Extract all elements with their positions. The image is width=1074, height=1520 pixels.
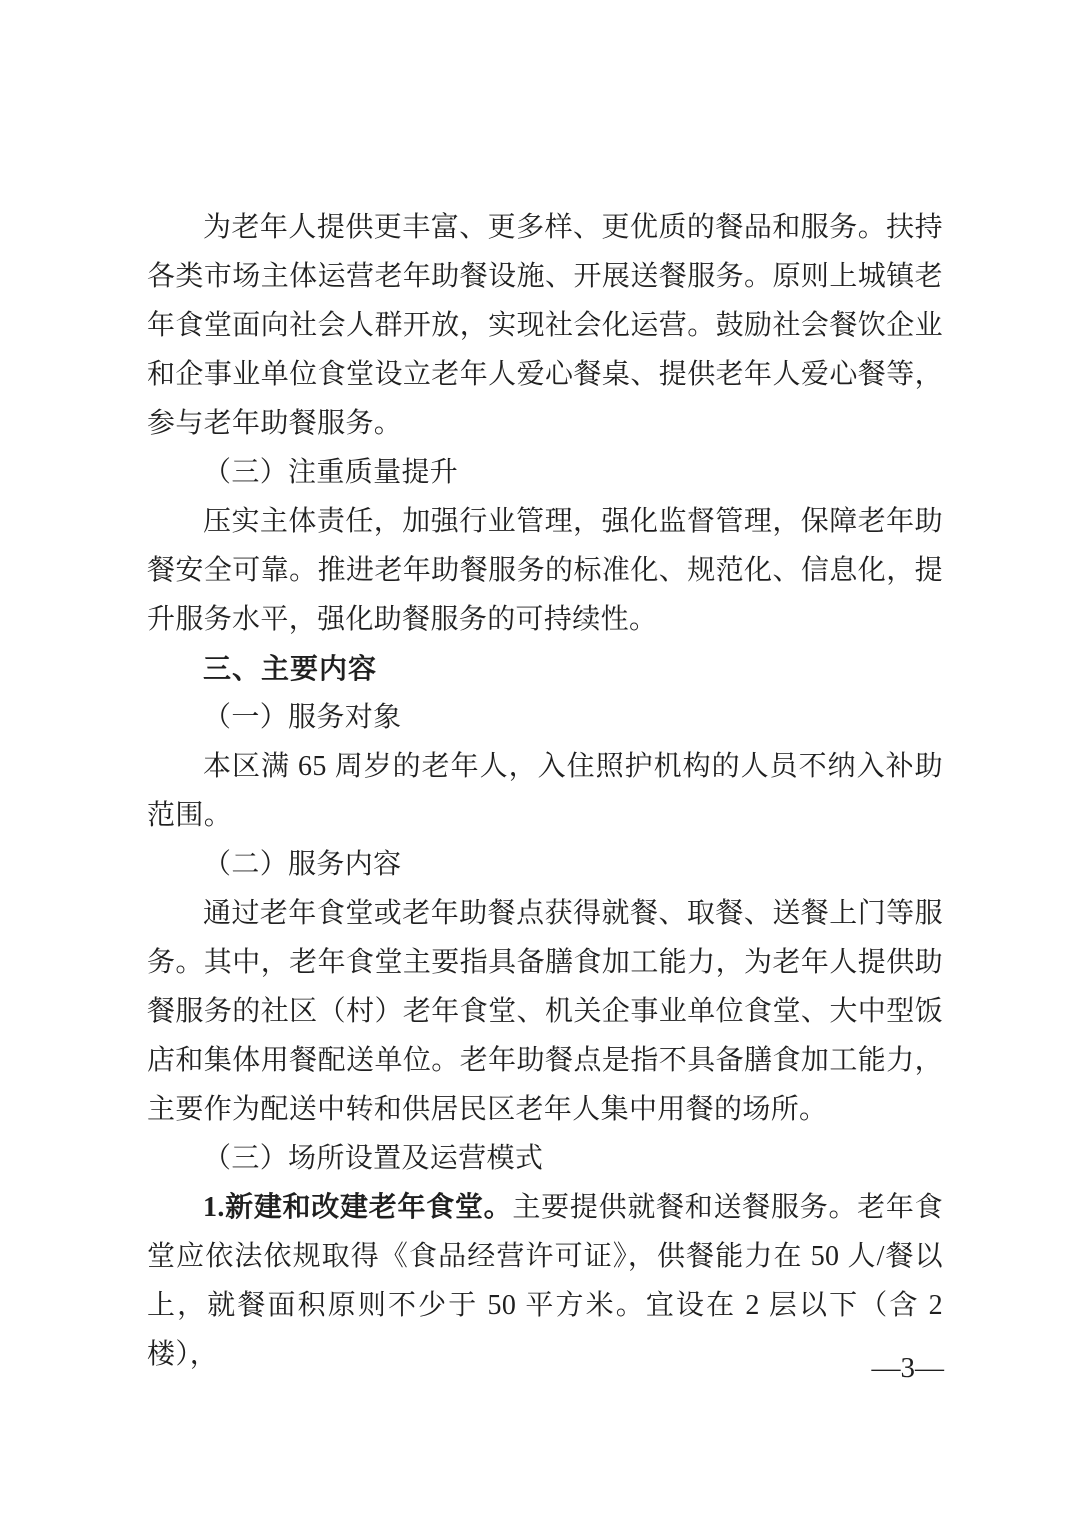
section-heading-main-content: 三、主要内容 [147, 644, 943, 693]
document-page: 为老年人提供更丰富、更多样、更优质的餐品和服务。扶持各类市场主体运营老年助餐设施… [0, 0, 1074, 1520]
document-body: 为老年人提供更丰富、更多样、更优质的餐品和服务。扶持各类市场主体运营老年助餐设施… [147, 203, 943, 1379]
page-number: —3— [872, 1348, 945, 1388]
subsection-heading-service-target: （一）服务对象 [147, 693, 943, 742]
item1-bold-lead: 1.新建和改建老年食堂。 [203, 1192, 512, 1223]
paragraph-service-target: 本区满 65 周岁的老年人，入住照护机构的人员不纳入补助范围。 [147, 742, 943, 840]
paragraph-service-content: 通过老年食堂或老年助餐点获得就餐、取餐、送餐上门等服务。其中，老年食堂主要指具备… [147, 889, 943, 1134]
paragraph-item1: 1.新建和改建老年食堂。主要提供就餐和送餐服务。老年食堂应依法依规取得《食品经营… [147, 1183, 943, 1379]
subsection-heading-quality: （三）注重质量提升 [147, 448, 943, 497]
paragraph-intro: 为老年人提供更丰富、更多样、更优质的餐品和服务。扶持各类市场主体运营老年助餐设施… [147, 203, 943, 448]
subsection-heading-venue-mode: （三）场所设置及运营模式 [147, 1134, 943, 1183]
paragraph-quality: 压实主体责任，加强行业管理，强化监督管理，保障老年助餐安全可靠。推进老年助餐服务… [147, 497, 943, 644]
subsection-heading-service-content: （二）服务内容 [147, 840, 943, 889]
